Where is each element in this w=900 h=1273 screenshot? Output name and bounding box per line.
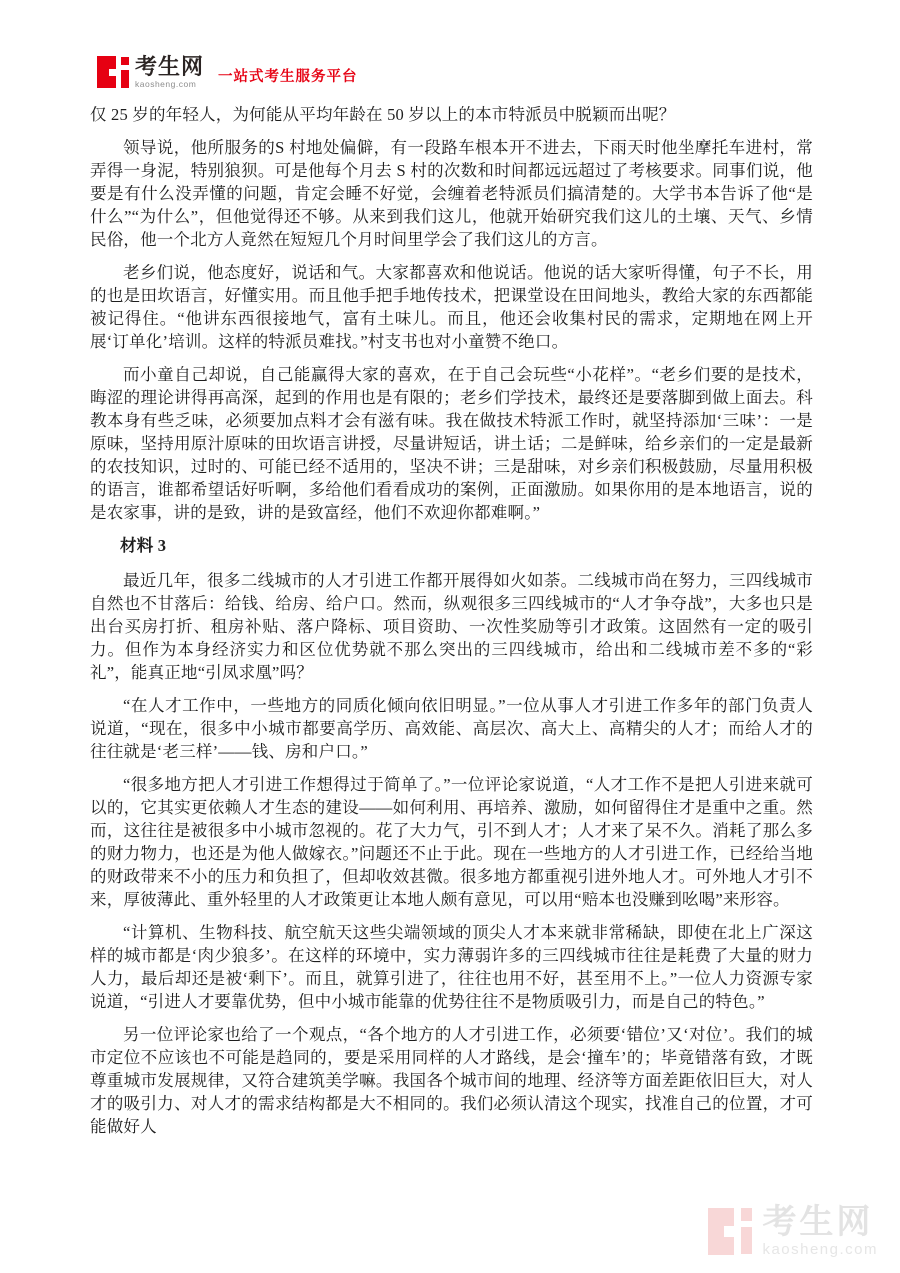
document-page: 考生网 kaosheng.com 一站式考生服务平台 仅 25 岁的年轻人，为何… bbox=[0, 0, 900, 1273]
kaosheng-logo-icon bbox=[97, 56, 129, 88]
watermark-text: 考生网 kaosheng.com bbox=[762, 1205, 878, 1257]
brand-tagline: 一站式考生服务平台 bbox=[218, 65, 358, 86]
kaosheng-watermark: 考生网 kaosheng.com bbox=[708, 1205, 878, 1257]
page-header: 考生网 kaosheng.com 一站式考生服务平台 bbox=[97, 56, 358, 89]
watermark-brand-name: 考生网 bbox=[762, 1205, 878, 1239]
paragraph: 另一位评论家也给了一个观点，“各个地方的人才引进工作，必须要‘错位’又‘对位’。… bbox=[90, 1023, 813, 1138]
document-body: 仅 25 岁的年轻人，为何能从平均年龄在 50 岁以上的本市特派员中脱颖而出呢？… bbox=[90, 103, 813, 1148]
paragraph: 最近几年，很多二线城市的人才引进工作都开展得如火如荼。二线城市尚在努力，三四线城… bbox=[90, 569, 813, 684]
watermark-brand-domain: kaosheng.com bbox=[762, 1242, 878, 1257]
paragraph: “在人才工作中，一些地方的同质化倾向依旧明显。”一位从事人才引进工作多年的部门负… bbox=[90, 694, 813, 763]
paragraph: 而小童自己却说，自己能赢得大家的喜欢，在于自己会玩些“小花样”。“老乡们要的是技… bbox=[90, 363, 813, 524]
section-heading-material-3: 材料 3 bbox=[90, 534, 813, 557]
paragraph: “计算机、生物科技、航空航天这些尖端领域的顶尖人才本来就非常稀缺，即使在北上广深… bbox=[90, 921, 813, 1013]
paragraph: “很多地方把人才引进工作想得过于简单了。”一位评论家说道，“人才工作不是把人引进… bbox=[90, 773, 813, 911]
brand-name: 考生网 bbox=[135, 56, 204, 78]
brand-lockup-text: 考生网 kaosheng.com bbox=[135, 56, 204, 89]
paragraph: 老乡们说，他态度好，说话和气。大家都喜欢和他说话。他说的话大家听得懂，句子不长，… bbox=[90, 261, 813, 353]
paragraph-continuation: 仅 25 岁的年轻人，为何能从平均年龄在 50 岁以上的本市特派员中脱颖而出呢？ bbox=[90, 103, 813, 126]
kaosheng-logo: 考生网 kaosheng.com bbox=[97, 56, 204, 89]
brand-domain: kaosheng.com bbox=[135, 80, 204, 89]
kaosheng-watermark-icon bbox=[708, 1208, 752, 1255]
paragraph: 领导说，他所服务的S 村地处偏僻，有一段路车根本开不进去，下雨天时他坐摩托车进村… bbox=[90, 136, 813, 251]
